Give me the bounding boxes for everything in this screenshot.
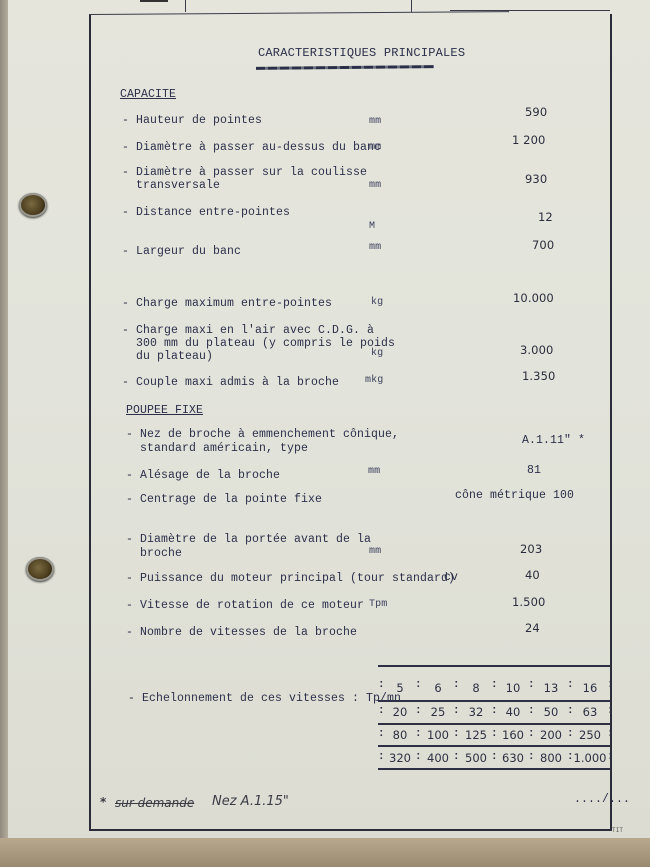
spec-unit: mkg (365, 375, 383, 386)
spec-value: 930 (525, 172, 547, 186)
spec-value: 700 (532, 238, 554, 252)
header-rule (450, 10, 610, 11)
speed-cell: 630 (495, 751, 531, 765)
spec-value: 3.000 (520, 343, 553, 357)
spec-label: - Nombre de vitesses de la broche (126, 626, 357, 639)
spec-unit: mm (369, 116, 381, 127)
spec-label: - Distance entre-pointes (122, 206, 290, 219)
spec-value: 1 200 (512, 133, 545, 147)
spec-label: - Hauteur de pointes (122, 114, 262, 127)
spec-label: - Centrage de la pointe fixe (126, 493, 322, 506)
corner-code: TIT (612, 827, 623, 834)
section-heading-poupee-fixe: POUPEE FIXE (126, 404, 203, 417)
spec-unit: mm (369, 180, 381, 191)
spec-value: 12 (538, 210, 553, 224)
speed-cell: 16 (572, 681, 608, 695)
speed-cell: 25 (420, 705, 456, 719)
spec-value: cône métrique 100 (455, 489, 574, 502)
spec-value: 10.000 (513, 291, 554, 305)
spec-unit: kg (371, 348, 383, 359)
speed-cell: 80 (382, 728, 418, 742)
header-mark (140, 0, 168, 2)
spec-value: 24 (525, 621, 540, 635)
spec-value: 81 (527, 464, 541, 477)
spec-unit: Tpm (369, 599, 387, 610)
speed-cell: 20 (382, 705, 418, 719)
spec-label: - Diamètre de la portée avant de la broc… (126, 533, 371, 561)
spec-value: 40 (525, 568, 540, 582)
speeds-table: ::::::: ::::::: ::::::: ::::::: 5 6 8 10… (378, 665, 608, 780)
header-divider (185, 0, 186, 12)
spec-value: 590 (525, 105, 547, 119)
page-title: CARACTERISTIQUES PRINCIPALES (258, 46, 465, 60)
spec-value: 1.350 (522, 369, 555, 383)
spec-label: - Puissance du moteur principal (tour st… (126, 572, 455, 585)
binder-hole-eyelet (26, 557, 54, 581)
spec-unit: mm (369, 546, 381, 557)
speed-cell: 1.000 (572, 751, 608, 765)
speed-cell: 320 (382, 751, 418, 765)
binder-hole-eyelet (19, 193, 47, 217)
speeds-label: - Echelonnement de ces vitesses : Tp/mn (128, 692, 401, 705)
speed-cell: 200 (533, 728, 569, 742)
continuation-mark: ..../... (574, 793, 630, 806)
spec-label: - Nez de broche à emmenchement cônique, … (126, 428, 399, 456)
page-stack-edge (0, 838, 650, 867)
spec-label: - Alésage de la broche (126, 469, 280, 482)
spec-label: - Charge maximum entre-pointes (122, 297, 332, 310)
speed-cell: 10 (495, 681, 531, 695)
speed-cell: 125 (458, 728, 494, 742)
footnote-text: Nez A.1.15" (212, 794, 289, 809)
spec-label: - Charge maxi en l'air avec C.D.G. à 300… (122, 324, 395, 363)
speed-cell: 40 (495, 705, 531, 719)
speed-cell: 400 (420, 751, 456, 765)
spec-label: - Vitesse de rotation de ce moteur (126, 599, 364, 612)
footnote-struck-text: sur demande (115, 796, 194, 810)
footnote-marker: * (100, 795, 106, 809)
spec-value: A.1.11" * (522, 434, 585, 447)
spec-unit: mm (369, 142, 381, 153)
spec-label: - Largeur du banc (122, 245, 241, 258)
spec-label: - Diamètre à passer au-dessus du banc (122, 141, 381, 154)
speed-cell: 6 (420, 681, 456, 695)
speed-cell: 32 (458, 705, 494, 719)
speed-cell: 5 (382, 681, 418, 695)
speed-cell: 8 (458, 681, 494, 695)
speed-cell: 800 (533, 751, 569, 765)
spec-unit: kg (371, 297, 383, 308)
spec-unit: mm (368, 466, 380, 477)
spec-unit: cv (444, 571, 458, 584)
speed-cell: 500 (458, 751, 494, 765)
spec-label: - Diamètre à passer sur la coulisse tran… (122, 166, 367, 192)
speed-cell: 50 (533, 705, 569, 719)
speed-cell: 250 (572, 728, 608, 742)
spec-unit: mm (369, 242, 381, 253)
spec-unit: M (369, 221, 375, 232)
header-divider (411, 0, 412, 12)
speed-cell: 160 (495, 728, 531, 742)
section-heading-capacite: CAPACITE (120, 88, 176, 101)
spec-value: 203 (520, 542, 542, 556)
speed-cell: 13 (533, 681, 569, 695)
speed-cell: 100 (420, 728, 456, 742)
speed-cell: 63 (572, 705, 608, 719)
spec-value: 1.500 (512, 595, 545, 609)
spec-label: - Couple maxi admis à la broche (122, 376, 339, 389)
